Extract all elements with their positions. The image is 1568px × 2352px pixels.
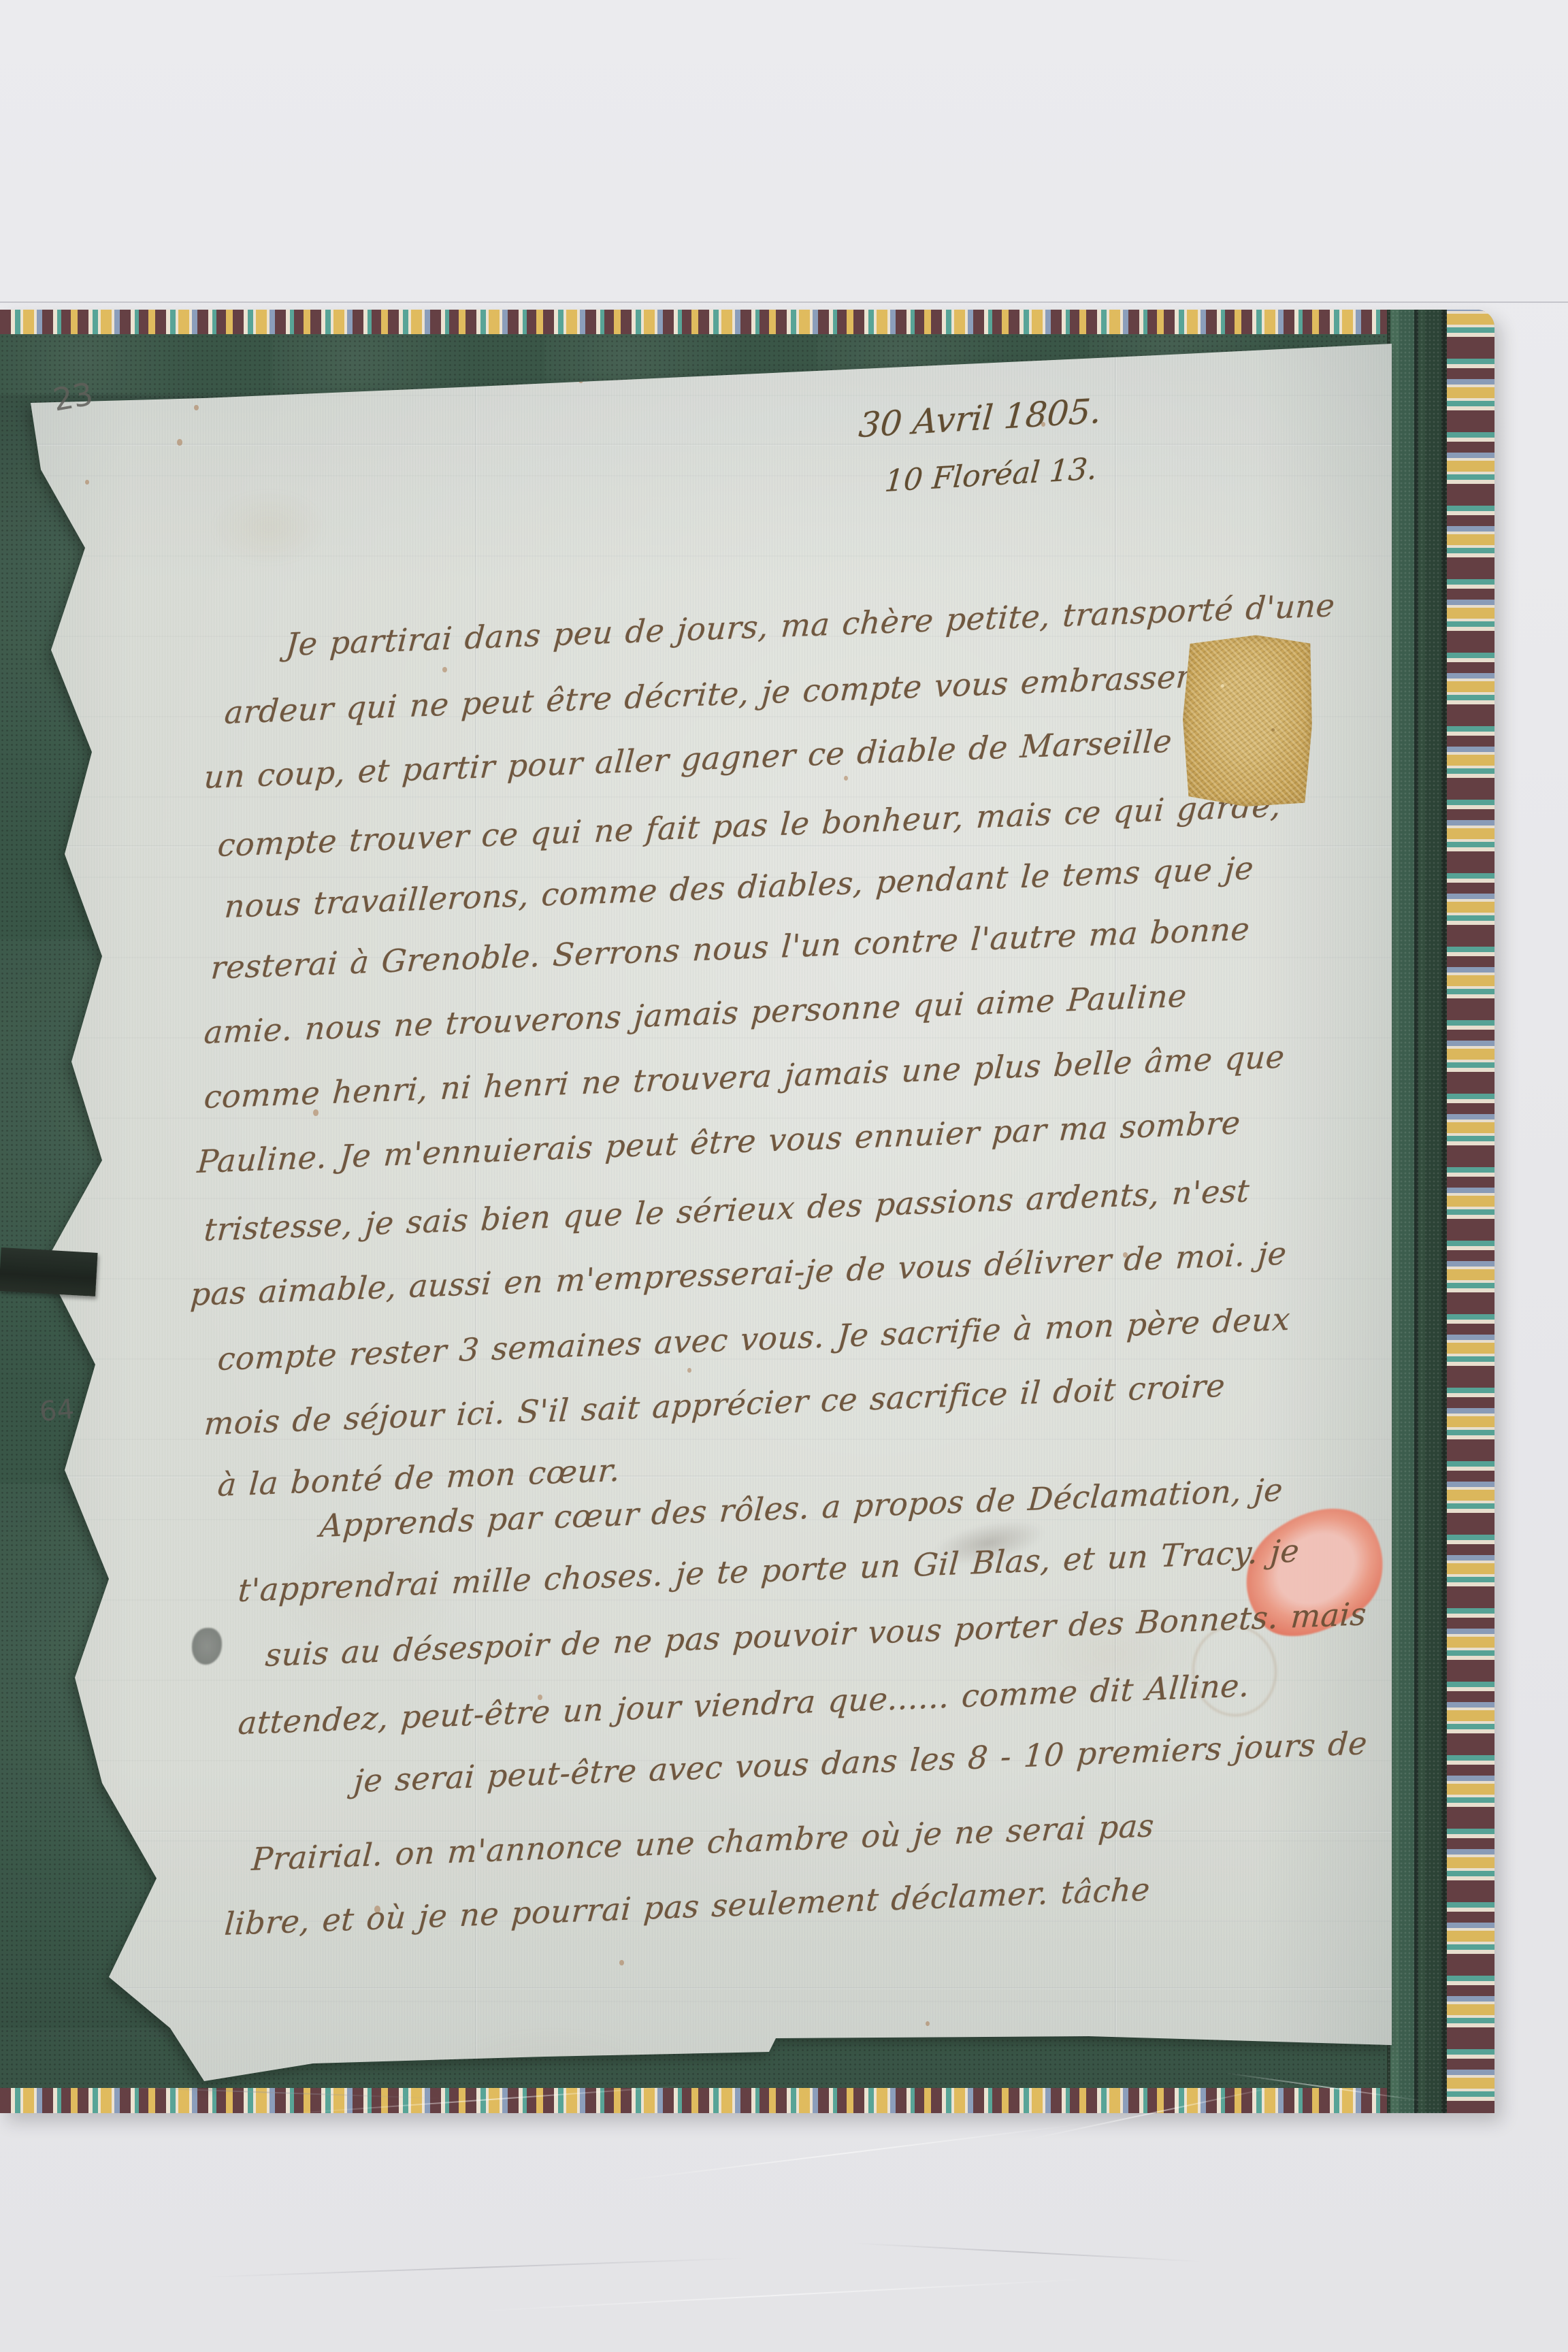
scratch-line: [612, 2123, 1085, 2183]
scratch-line: [476, 2278, 1088, 2312]
ribbon-marker: [0, 1247, 98, 1296]
suede-bottom-band: [0, 2038, 1403, 2090]
marbled-bottom-edge: [0, 2088, 1470, 2113]
leather-spine-strip: [1387, 310, 1447, 2113]
folio-number-top: 23: [50, 375, 96, 418]
scratch-line: [204, 2257, 749, 2278]
marbled-fore-edge: [1447, 310, 1494, 2113]
marbled-top-edge: [0, 310, 1494, 336]
photo-background: 23 64 30 Avril 1805. 10 Floréal 13. Je p…: [0, 0, 1568, 2352]
scratch-line: [851, 2242, 1204, 2262]
folio-number-side: 64: [38, 1394, 76, 1428]
gold-wafer-seal: [1181, 634, 1315, 808]
suede-top-band: [0, 334, 1470, 404]
